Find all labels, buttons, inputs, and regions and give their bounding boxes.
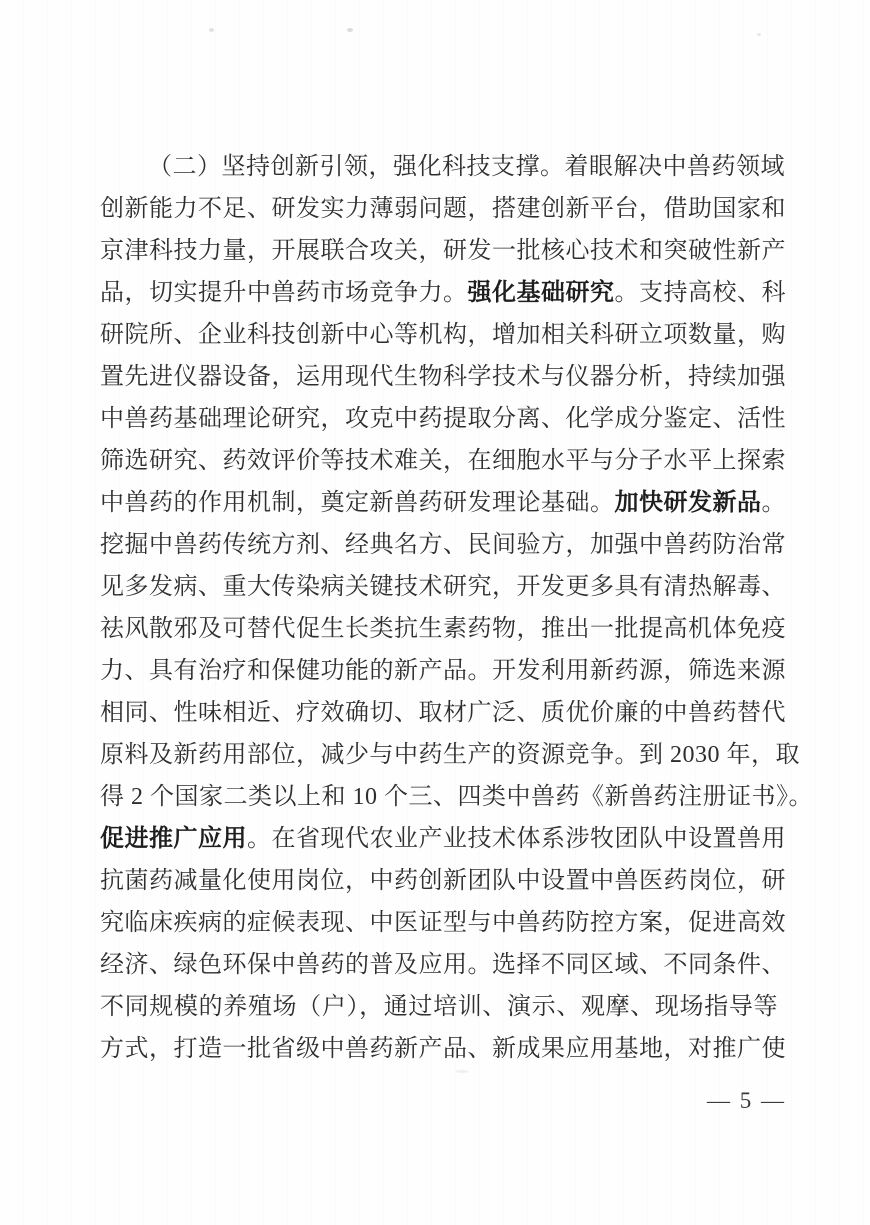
text-segment: 挖掘中兽药传统方剂、经典名方、民间验方，加强中兽药防治常	[100, 532, 786, 558]
text-line: 研院所、企业科技创新中心等机构，增加相关科研立项数量，购	[100, 314, 778, 356]
text-segment: 方式，打造一批省级中兽药新产品、新成果应用基地，对推广使	[100, 1036, 786, 1062]
text-segment: 得 2 个国家二类以上和 10 个三、四类中兽药《新兽药注册证书》。	[100, 784, 813, 810]
text-line: 中兽药基础理论研究，攻克中药提取分离、化学成分鉴定、活性	[100, 398, 778, 440]
bold-phrase: 促进推广应用	[100, 826, 247, 852]
text-segment: 见多发病、重大传染病关键技术研究，开发更多具有清热解毒、	[100, 574, 786, 600]
text-line: （二）坚持创新引领，强化科技支撑。着眼解决中兽药领域	[100, 146, 778, 188]
text-segment: 相同、性味相近、疗效确切、取材广泛、质优价廉的中兽药替代	[100, 700, 786, 726]
text-line: 相同、性味相近、疗效确切、取材广泛、质优价廉的中兽药替代	[100, 692, 778, 734]
text-segment: 力、具有治疗和保健功能的新产品。开发利用新药源，筛选来源	[100, 658, 786, 684]
text-segment: 筛选研究、药效评价等技术难关，在细胞水平与分子水平上探索	[100, 448, 786, 474]
text-line: 置先进仪器设备，运用现代生物科学技术与仪器分析，持续加强	[100, 356, 778, 398]
text-segment: 中兽药基础理论研究，攻克中药提取分离、化学成分鉴定、活性	[100, 406, 786, 432]
text-segment: 祛风散邪及可替代促生长类抗生素药物，推出一批提高机体免疫	[100, 616, 786, 642]
text-segment: （二）坚持创新引领，强化科技支撑。着眼解决中兽药领域	[148, 154, 785, 180]
text-line: 抗菌药减量化使用岗位，中药创新团队中设置中兽医药岗位，研	[100, 860, 778, 902]
text-line: 促进推广应用。在省现代农业产业技术体系涉牧团队中设置兽用	[100, 818, 778, 860]
text-segment: 不同规模的养殖场（户），通过培训、演示、观摩、现场指导等	[100, 994, 778, 1020]
text-segment: 原料及新药用部位，减少与中药生产的资源竞争。到 2030 年，取	[100, 742, 800, 768]
text-segment: 经济、绿色环保中兽药的普及应用。选择不同区域、不同条件、	[100, 952, 786, 978]
scanned-document-page: （二）坚持创新引领，强化科技支撑。着眼解决中兽药领域创新能力不足、研发实力薄弱问…	[0, 0, 870, 1225]
text-segment: 。支持高校、科	[615, 280, 787, 306]
scan-speck	[757, 33, 761, 36]
text-line: 方式，打造一批省级中兽药新产品、新成果应用基地，对推广使	[100, 1028, 778, 1070]
page-number: — 5 —	[707, 1088, 786, 1114]
text-segment: 抗菌药减量化使用岗位，中药创新团队中设置中兽医药岗位，研	[100, 868, 786, 894]
text-segment: 。	[762, 490, 787, 516]
text-line: 究临床疾病的症候表现、中医证型与中兽药防控方案，促进高效	[100, 902, 778, 944]
text-line: 见多发病、重大传染病关键技术研究，开发更多具有清热解毒、	[100, 566, 778, 608]
text-line: 原料及新药用部位，减少与中药生产的资源竞争。到 2030 年，取	[100, 734, 778, 776]
text-segment: 研院所、企业科技创新中心等机构，增加相关科研立项数量，购	[100, 322, 786, 348]
text-segment: 置先进仪器设备，运用现代生物科学技术与仪器分析，持续加强	[100, 364, 786, 390]
text-line: 不同规模的养殖场（户），通过培训、演示、观摩、现场指导等	[100, 986, 778, 1028]
text-line: 筛选研究、药效评价等技术难关，在细胞水平与分子水平上探索	[100, 440, 778, 482]
document-body: （二）坚持创新引领，强化科技支撑。着眼解决中兽药领域创新能力不足、研发实力薄弱问…	[100, 146, 778, 1070]
text-segment: 创新能力不足、研发实力薄弱问题，搭建创新平台，借助国家和	[100, 196, 786, 222]
text-segment: 中兽药的作用机制，奠定新兽药研发理论基础。	[100, 490, 615, 516]
text-line: 品，切实提升中兽药市场竞争力。强化基础研究。支持高校、科	[100, 272, 778, 314]
text-line: 祛风散邪及可替代促生长类抗生素药物，推出一批提高机体免疫	[100, 608, 778, 650]
text-segment: 品，切实提升中兽药市场竞争力。	[100, 280, 468, 306]
text-segment: 京津科技力量，开展联合攻关，研发一批核心技术和突破性新产	[100, 238, 786, 264]
scan-speck	[455, 1070, 469, 1073]
text-line: 力、具有治疗和保健功能的新产品。开发利用新药源，筛选来源	[100, 650, 778, 692]
text-line: 挖掘中兽药传统方剂、经典名方、民间验方，加强中兽药防治常	[100, 524, 778, 566]
text-line: 得 2 个国家二类以上和 10 个三、四类中兽药《新兽药注册证书》。	[100, 776, 778, 818]
scan-speck	[209, 28, 214, 32]
bold-phrase: 加快研发新品	[615, 490, 762, 516]
text-line: 京津科技力量，开展联合攻关，研发一批核心技术和突破性新产	[100, 230, 778, 272]
text-line: 经济、绿色环保中兽药的普及应用。选择不同区域、不同条件、	[100, 944, 778, 986]
text-line: 创新能力不足、研发实力薄弱问题，搭建创新平台，借助国家和	[100, 188, 778, 230]
text-line: 中兽药的作用机制，奠定新兽药研发理论基础。加快研发新品。	[100, 482, 778, 524]
text-segment: 究临床疾病的症候表现、中医证型与中兽药防控方案，促进高效	[100, 910, 786, 936]
bold-phrase: 强化基础研究	[468, 280, 615, 306]
scan-speck	[347, 28, 353, 32]
text-segment: 。在省现代农业产业技术体系涉牧团队中设置兽用	[247, 826, 786, 852]
